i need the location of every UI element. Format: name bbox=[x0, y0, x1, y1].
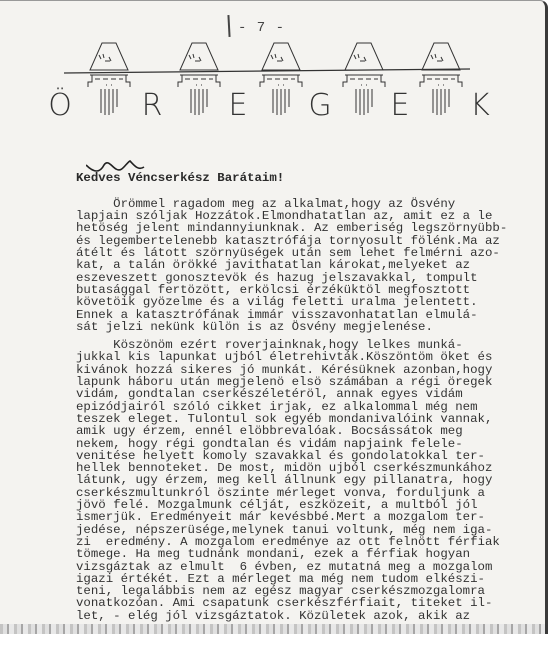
text-line: vonatkozóan. Ami csapatunk cserkészférfi… bbox=[76, 597, 536, 609]
title-letter: G bbox=[308, 88, 331, 123]
scout-figure bbox=[178, 43, 220, 115]
salutation: Kedves Véncserkész Barátaim! bbox=[76, 172, 536, 184]
text-line: követöik gyözelme és a világ feletti ura… bbox=[76, 296, 536, 308]
text-line: kat, a talán örökké javithatatlan károka… bbox=[76, 259, 536, 271]
document-page: - 7 - bbox=[0, 0, 548, 634]
page-number: - 7 - bbox=[228, 15, 285, 37]
title-ooregek: ÖREGEK bbox=[48, 87, 490, 123]
title-letter: E bbox=[229, 88, 248, 123]
title-letter: E bbox=[391, 88, 410, 123]
text-line: hetöség jelent mindannyiunknak. Az ember… bbox=[76, 222, 536, 234]
scout-figure bbox=[260, 43, 302, 115]
text-line: Ennek a katasztrófának immár visszavonha… bbox=[76, 309, 536, 321]
title-letter: K bbox=[470, 88, 490, 123]
text-line: vizsgáztak az elmult 6 évben, ez mutatná… bbox=[76, 561, 536, 573]
title-illustration: ÖREGEK bbox=[40, 37, 510, 127]
scout-figure bbox=[420, 43, 462, 115]
pen-mark bbox=[227, 15, 230, 37]
title-letter: R bbox=[142, 88, 163, 123]
text-line: tömege. Ha meg tudnánk mondani, ezek a f… bbox=[76, 548, 536, 560]
letter-body: Kedves Véncserkész Barátaim! Örömmel rag… bbox=[76, 147, 536, 647]
text-line: ismerjük. Eredményeit már kevésbbé.Mert … bbox=[76, 511, 536, 523]
text-line: amik ugy érzem, ennél elöbbrevalóak. Boc… bbox=[76, 425, 536, 437]
title-letter: Ö bbox=[48, 87, 72, 123]
text-line: vidám, gondtalan cserkészéletéröl, annak… bbox=[76, 388, 536, 400]
text-line: látunk, ugy érzem, meg kell állnunk egy … bbox=[76, 474, 536, 486]
scout-figure bbox=[343, 43, 385, 115]
text-line: sát jelzi nekünk külön is az Ösvény megj… bbox=[76, 321, 536, 333]
text-line: nekem, hogy régi gondtalan és vidám napj… bbox=[76, 438, 536, 450]
text-line: jukkal kis lapunkat ujból életrehivták.K… bbox=[76, 351, 536, 363]
text-line: let, - elég jól vizsgáztatok. Közületek … bbox=[76, 610, 536, 622]
scout-figure bbox=[88, 43, 130, 115]
